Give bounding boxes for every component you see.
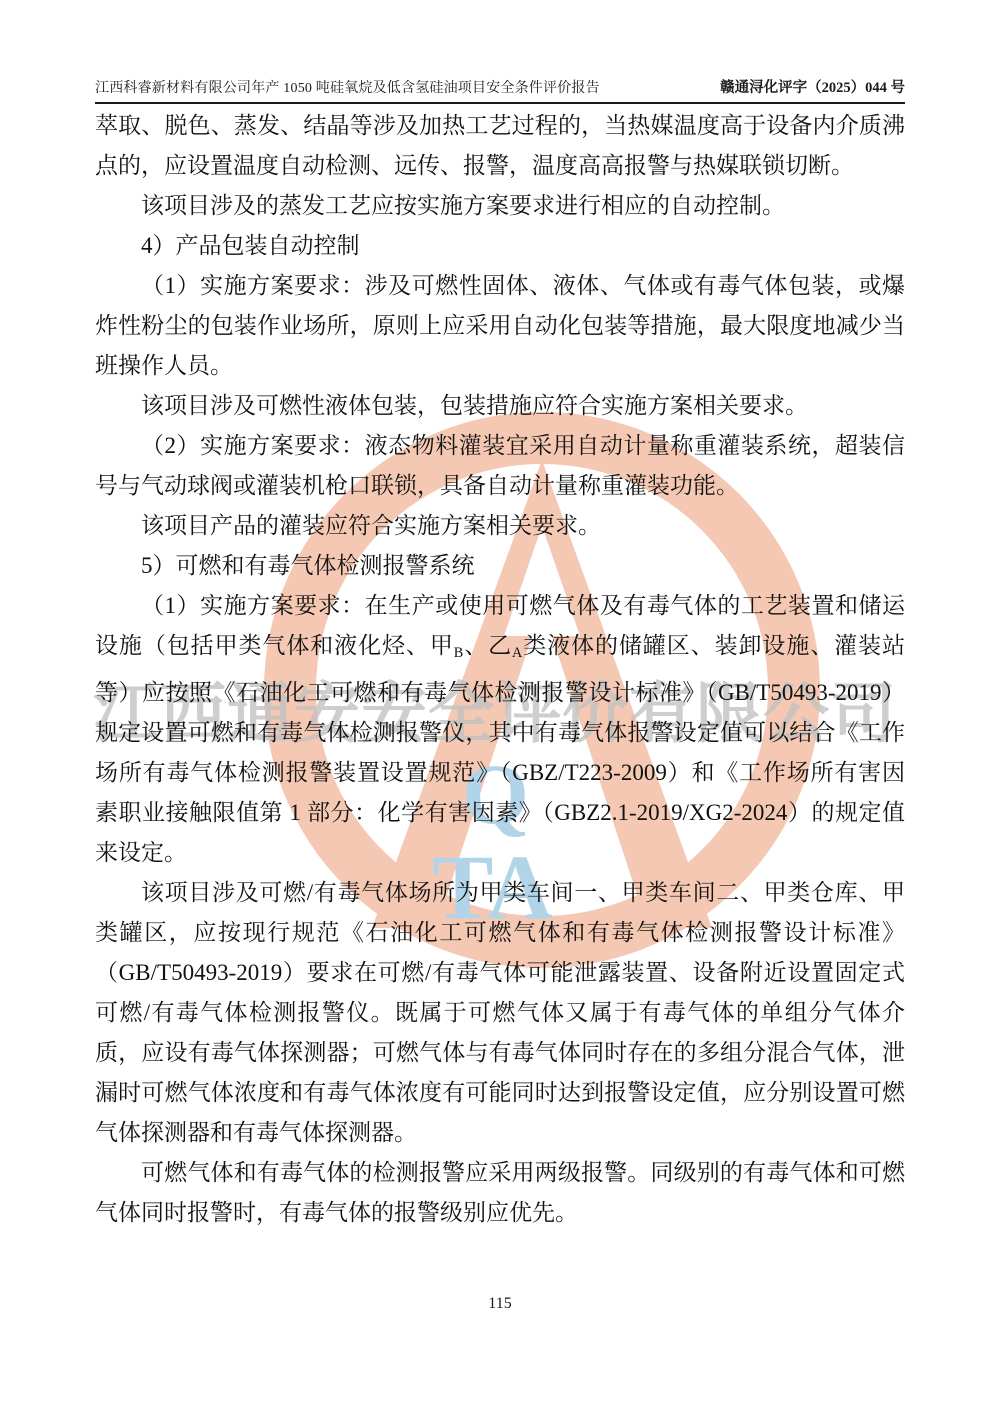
p9-subscript-a: A	[512, 645, 522, 661]
paragraph-flammable-liquid-packaging: 该项目涉及可燃性液体包装，包装措施应符合实施方案相关要求。	[95, 386, 905, 426]
header-report-title: 江西科睿新材料有限公司年产 1050 吨硅氧烷及低含氢硅油项目安全条件评价报告	[95, 77, 600, 97]
document-page: Q TA 江西通安安全评价有限公司 江西科睿新材料有限公司年产 1050 吨硅氧…	[0, 0, 1000, 1414]
paragraph-packaging-requirement-1: （1）实施方案要求：涉及可燃性固体、液体、气体或有毒气体包装，或爆炸性粉尘的包装…	[95, 266, 905, 386]
page-header: 江西科睿新材料有限公司年产 1050 吨硅氧烷及低含氢硅油项目安全条件评价报告 …	[95, 76, 905, 104]
paragraph-evaporation-control: 该项目涉及的蒸发工艺应按实施方案要求进行相应的自动控制。	[95, 186, 905, 226]
paragraph-project-gas-locations: 该项目涉及可燃/有毒气体场所为甲类车间一、甲类车间二、甲类仓库、甲类罐区，应按现…	[95, 873, 905, 1153]
paragraph-two-level-alarm: 可燃气体和有毒气体的检测报警应采用两级报警。同级别的有毒气体和可燃气体同时报警时…	[95, 1153, 905, 1233]
p9-subscript-b: B	[454, 645, 464, 661]
document-body: 萃取、脱色、蒸发、结晶等涉及加热工艺过程的，当热媒温度高于设备内介质沸点的，应设…	[95, 106, 905, 1233]
paragraph-filling-requirement: 该项目产品的灌装应符合实施方案相关要求。	[95, 506, 905, 546]
header-doc-number: 赣通浔化评字（2025）044 号	[720, 76, 905, 97]
paragraph-gas-detection-requirement-1: （1）实施方案要求：在生产或使用可燃气体及有毒气体的工艺装置和储运设施（包括甲类…	[95, 586, 905, 873]
p9-text-part2: 、乙	[463, 633, 512, 658]
p9-text-part3: 类液体的储罐区、装卸设施、灌装站等）应按照《石油化工可燃和有毒气体检测报警设计标…	[95, 633, 905, 865]
paragraph-packaging-requirement-2: （2）实施方案要求：液态物料灌装宜采用自动计量称重灌装系统，超装信号与气动球阀或…	[95, 426, 905, 506]
page-number: 115	[0, 1295, 1000, 1313]
heading-item-5-gas-detection-alarm: 5）可燃和有毒气体检测报警系统	[95, 546, 905, 586]
heading-item-4-packaging-auto-control: 4）产品包装自动控制	[95, 226, 905, 266]
paragraph-heating-process: 萃取、脱色、蒸发、结晶等涉及加热工艺过程的，当热媒温度高于设备内介质沸点的，应设…	[95, 106, 905, 186]
